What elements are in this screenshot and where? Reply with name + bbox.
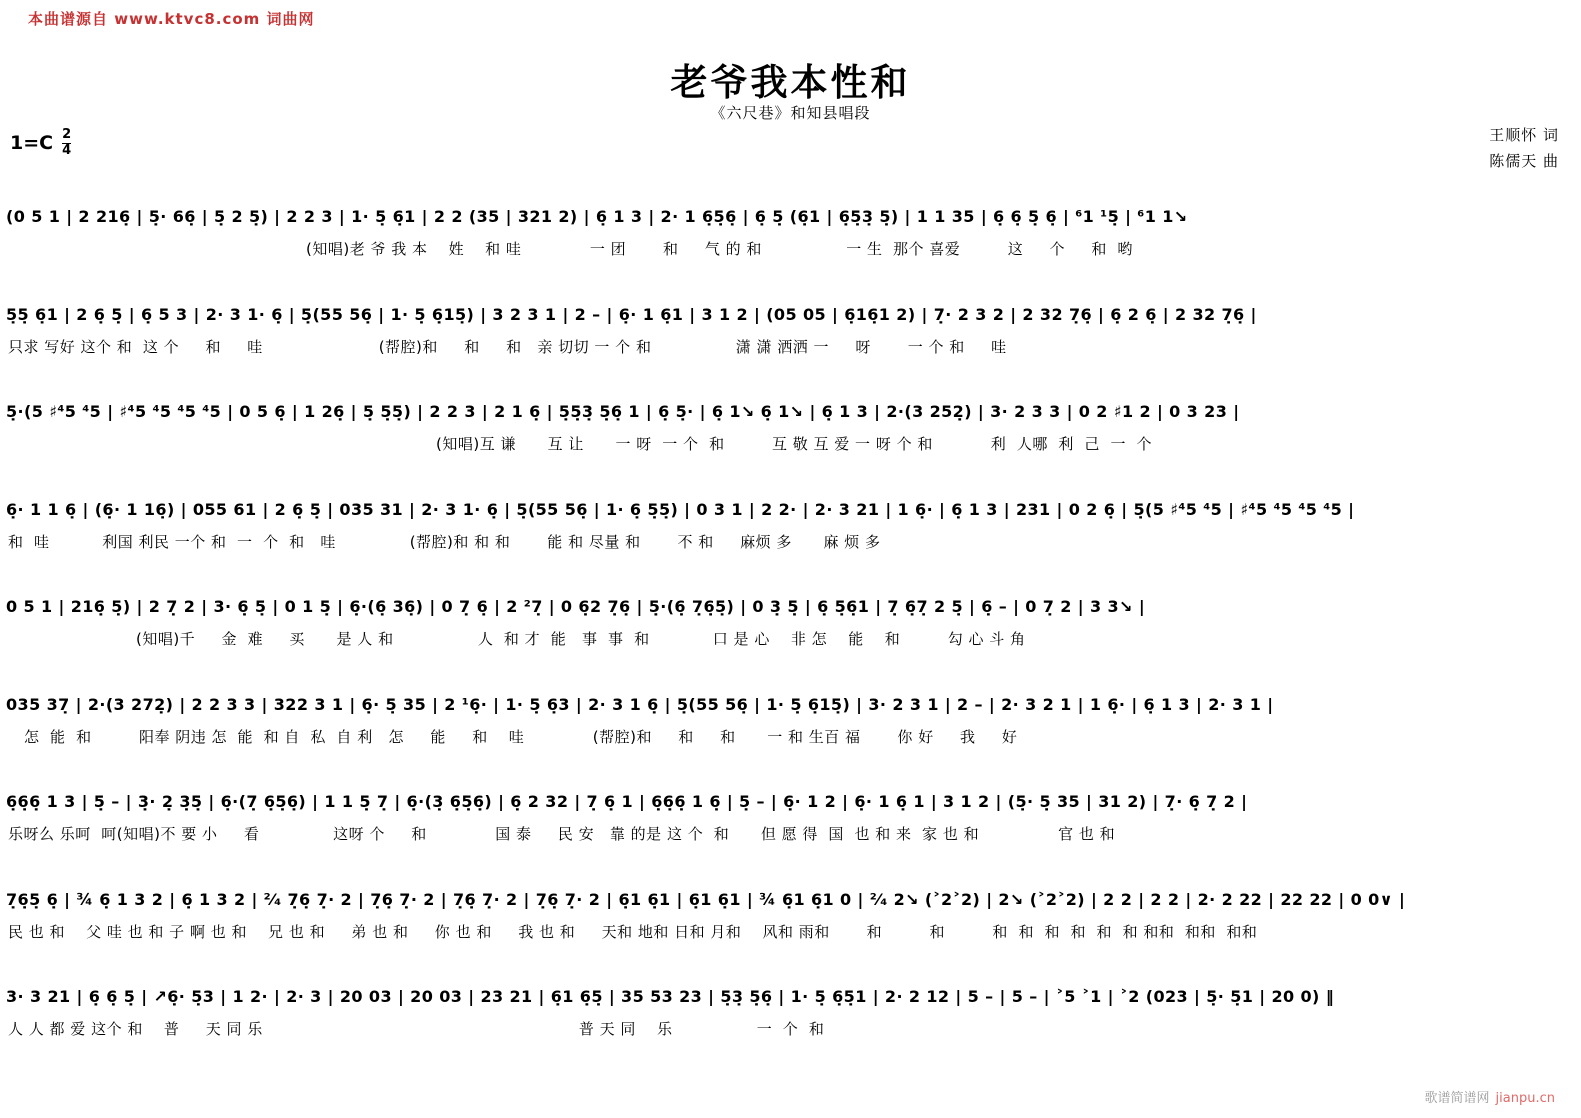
notation-line: 3· 3 21 | 6̣ 6̣ 5̣ | ↗6̣· 5̣3 | 1 2· | 2… [6,962,1579,1006]
time-signature: 24 [62,128,71,159]
lyrics-line: 民 也 和 父 哇 也 和 子 啊 也 和 兄 也 和 弟 也 和 你 也 和 … [6,921,1579,942]
notation-line: 7̣6̣5̣ 6̣ | ¾ 6̣ 1 3 2 | 6̣ 1 3 2 | ²⁄₄ … [6,865,1579,909]
time-signature-denominator: 4 [62,143,71,159]
score-area: (0 5 1 | 2 216̣ | 5̣· 66̣ | 5̣ 2 5̣) | 2… [6,182,1579,1060]
music-system-2: 5̣5̣ 6̣1 | 2 6̣ 5̣ | 6̣ 5 3 | 2· 3 1· 6̣… [6,280,1579,378]
music-system-7: 6̣6̣6̣ 1 3 | 5̣ – | 3̣· 2̣ 3̣5̣ | 6̣·(7̣… [6,767,1579,865]
notation-line: 0 5 1 | 216̣ 5̣) | 2 7̣ 2 | 3· 6̣ 5̣ | 0… [6,572,1579,616]
notation-line: 6̣· 1 1 6̣ | (6̣· 1 16̣) | 055 61 | 2 6̣… [6,475,1579,519]
notation-line: 035 37̣ | 2·(3 272̣) | 2 2 3 3 | 322 3 1… [6,670,1579,714]
music-system-9: 3· 3 21 | 6̣ 6̣ 5̣ | ↗6̣· 5̣3 | 1 2· | 2… [6,962,1579,1060]
music-system-4: 6̣· 1 1 6̣ | (6̣· 1 16̣) | 055 61 | 2 6̣… [6,475,1579,573]
notation-line: 5̣·(5 ♯⁴5 ⁴5 | ♯⁴5 ⁴5 ⁴5 ⁴5 | 0 5 6̣ | 1… [6,377,1579,421]
footer-site-name: 歌谱简谱网 [1425,1091,1490,1106]
lyricist-credit: 王顺怀 词 [1489,122,1559,148]
lyrics-line: (知唱)互 谦 互 让 一 呀 一 个 和 互 敬 互 爱 一 呀 个 和 利 … [6,433,1579,454]
song-subtitle: 《六尺巷》和知县唱段 [0,102,1581,123]
lyrics-line: 只求 写好 这个 和 这 个 和 哇 (帮腔)和 和 和 亲 切切 一 个 和 … [6,336,1579,357]
page-title: 老爷我本性和 [0,52,1581,106]
lyrics-line: 乐呀么 乐呵 呵(知唱)不 要 小 看 这呀 个 和 国 泰 民 安 靠 的是 … [6,823,1579,844]
notation-line: 5̣5̣ 6̣1 | 2 6̣ 5̣ | 6̣ 5 3 | 2· 3 1· 6̣… [6,280,1579,324]
lyrics-line: 怎 能 和 阳奉 阴违 怎 能 和 自 私 自 利 怎 能 和 哇 (帮腔)和 … [6,726,1579,747]
music-system-8: 7̣6̣5̣ 6̣ | ¾ 6̣ 1 3 2 | 6̣ 1 3 2 | ²⁄₄ … [6,865,1579,963]
footer-site-link[interactable]: jianpu.cn [1496,1091,1555,1106]
composer-credit: 陈儒天 曲 [1489,148,1559,174]
footer-watermark: 歌谱简谱网jianpu.cn [1425,1087,1555,1106]
key-signature: 1=C24 [10,128,71,159]
time-signature-numerator: 2 [62,128,71,143]
lyrics-line: 人 人 都 爱 这个 和 普 天 同 乐 普 天 同 乐 一 个 和 [6,1018,1579,1039]
lyrics-line: (知唱)千 金 难 买 是 人 和 人 和 才 能 事 事 和 口 是 心 非 … [6,628,1579,649]
lyrics-line: 和 哇 利国 利民 一个 和 一 个 和 哇 (帮腔)和 和 和 能 和 尽量 … [6,531,1579,552]
music-system-5: 0 5 1 | 216̣ 5̣) | 2 7̣ 2 | 3· 6̣ 5̣ | 0… [6,572,1579,670]
credits-block: 王顺怀 词 陈儒天 曲 [1489,122,1559,175]
music-system-1: (0 5 1 | 2 216̣ | 5̣· 66̣ | 5̣ 2 5̣) | 2… [6,182,1579,280]
music-system-6: 035 37̣ | 2·(3 272̣) | 2 2 3 3 | 322 3 1… [6,670,1579,768]
lyrics-line: (知唱)老 爷 我 本 姓 和 哇 一 团 和 气 的 和 一 生 那个 喜爱 … [6,238,1579,259]
notation-line: (0 5 1 | 2 216̣ | 5̣· 66̣ | 5̣ 2 5̣) | 2… [6,182,1579,226]
key-signature-label: 1=C [10,132,53,154]
source-watermark-link[interactable]: 本曲谱源自 www.ktvc8.com 词曲网 [28,8,315,29]
notation-line: 6̣6̣6̣ 1 3 | 5̣ – | 3̣· 2̣ 3̣5̣ | 6̣·(7̣… [6,767,1579,811]
music-system-3: 5̣·(5 ♯⁴5 ⁴5 | ♯⁴5 ⁴5 ⁴5 ⁴5 | 0 5 6̣ | 1… [6,377,1579,475]
